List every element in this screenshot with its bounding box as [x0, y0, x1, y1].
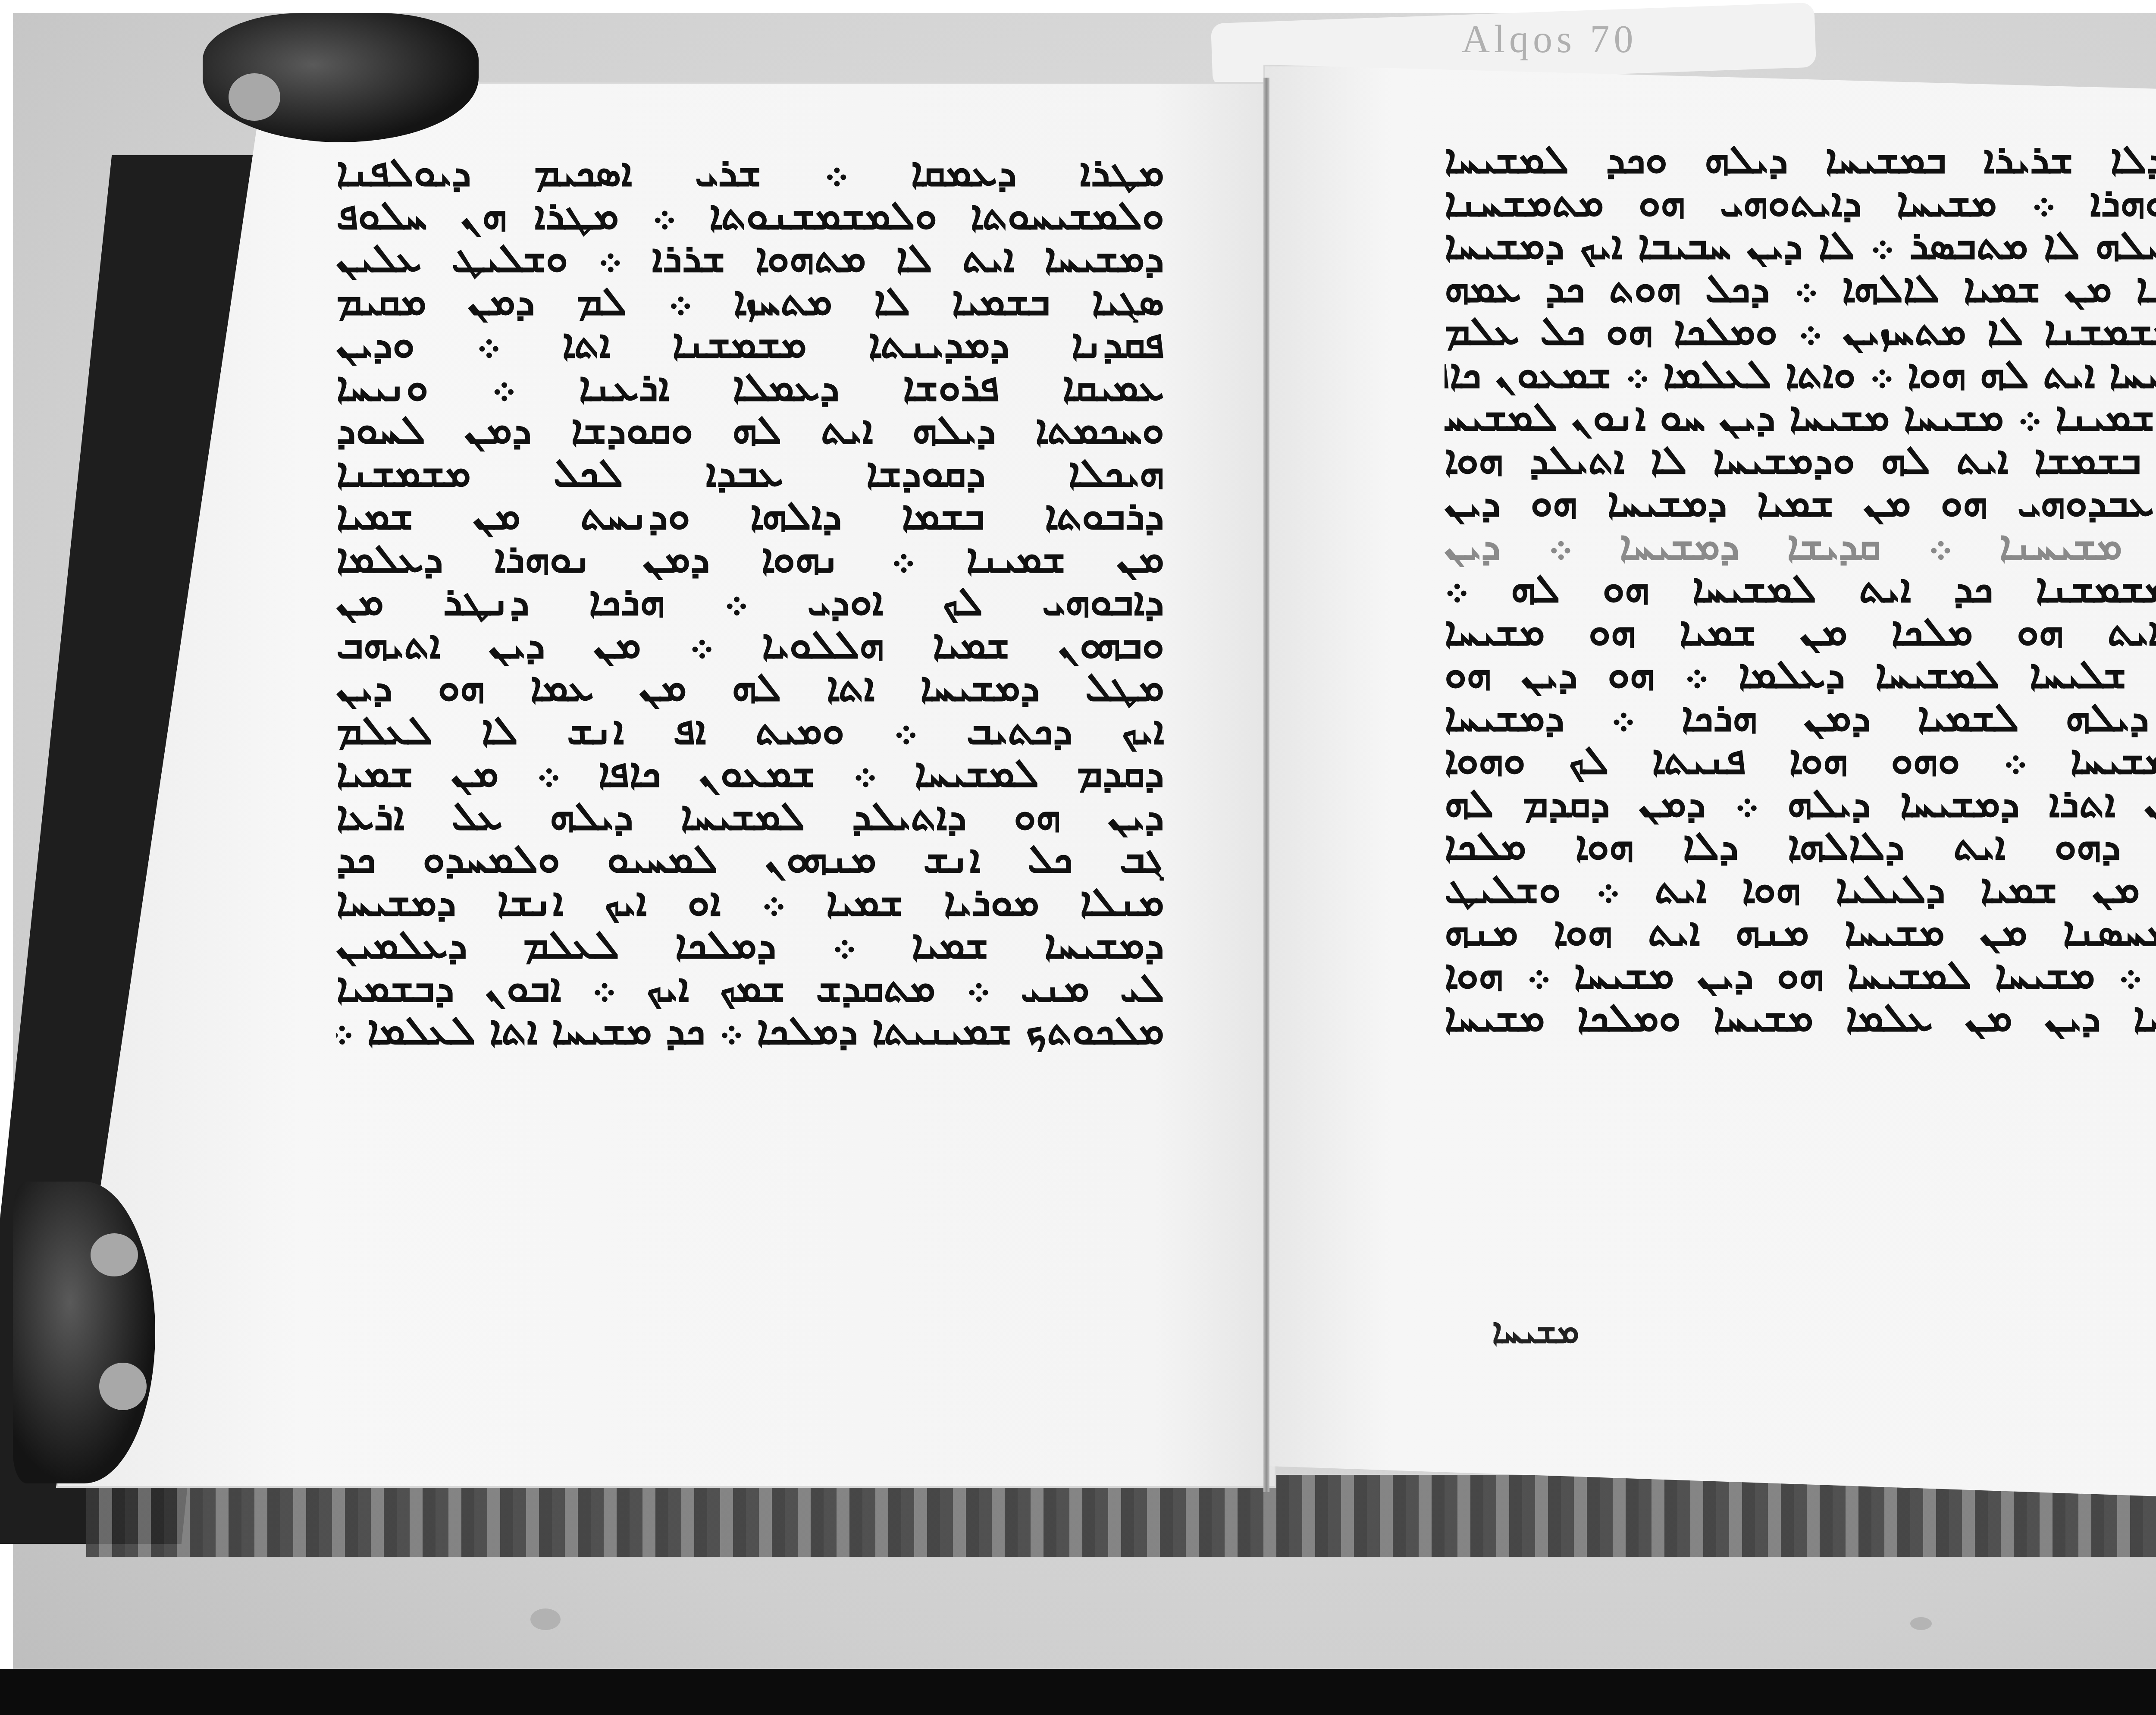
manuscript-line: ܘܢܚܝܡ ܥܒܕܘܗܝ ܗܘ ܡܢ ܫܡܝܐ ܕܡܫܝܚܐ ܗܘ ܕܝܢ	[1445, 481, 2156, 524]
catchword: ܡܫܝܚܐ	[1492, 1311, 1579, 1351]
manuscript-line: ܡܢ ܫܡܝܐ ܕܝܢ ܡܢ ܥܠܡܐ ܡܫܝܚܐ ܘܡܠܟܐ ܡܫܝܚܐ	[1445, 996, 2156, 1039]
manuscript-line: ܗܢܐ ܕܡܫܝܚܐ ܀ ܘܗܘ ܗܘܐ ܦܢܝܬܐ ܠܟ ܘܗܘܐ	[1445, 739, 2156, 782]
manuscript-line: ܡܛܪܐ ܕܥܡܩܐ ܀ ܫܪܝ ܐܣܟܝܡ ܕܝܘܠܦܢܐ	[336, 151, 1164, 194]
manuscript-line: ܕܡܫܠܡܢܐ ܡܢ ܫܡܝܐ ܠܐܠܗܐ ܀ ܕܟܠ ܗܘܬ ܟܕ ܥܡܗ	[1445, 267, 2156, 310]
manuscript-line: ܕܡܫܝܚܐ ܕܗܘ ܐܝܬ ܕܠܐܠܗܐ ܕܠܐ ܗܘܐ ܡܠܟܐ	[1445, 825, 2156, 868]
manuscript-line: ܘܡܫܝܚܐ ܒܫܡܫܐ ܐܝܬ ܠܗ ܘܕܡܫܝܚܐ ܠܐ ܐܬܝܠܕ ܗܘܐ	[1445, 439, 2156, 482]
manuscript-line: ܒܢܘܗܪܐ ܫܡܝܢܐ ܀ ܡܫܝܚܐ ܡܫܝܚܐ ܕܝܢ ܚܘ ܐܢܘܢ ܠ…	[1445, 395, 2156, 439]
top-white-margin	[0, 0, 2156, 13]
book-gutter	[1263, 78, 1269, 1492]
manuscript-line: ܕܐܬܗܘܐ ܡܢ ܫܡܝܐ ܕܠܝܠܝܐ ܗܘܐ ܐܝܬ ܀ ܘܫܠܝܛ	[1445, 868, 2156, 911]
manuscript-line: ܘܒܗܘܢ ܫܡܝܐ ܗܠܠܘܝܐ ܀ ܡܢ ܕܝܢ ܐܬܝܗܒ	[336, 623, 1164, 666]
manuscript-line: ܘܚܟܡܬܐ ܕܝܠܗ ܐܝܬ ܠܗ ܘܩܘܕܫܐ ܕܡܢ ܠܚܘܕ	[336, 408, 1164, 451]
manuscript-line: ܕܩܕܡ ܠܡܫܝܚܐ ܀ ܫܡܥܘܢ ܟܐܦܐ ܀ ܡܢ ܫܡܝܐ	[336, 752, 1164, 795]
manuscript-line: ܕܪܒܘܬܐ ܒܫܡܐ ܕܐܠܗܐ ܘܕܢܚܬ ܡܢ ܫܡܝܐ	[336, 494, 1164, 537]
manuscript-line: ܥܡܝܩܐ ܦܪܘܫܐ ܕܥܡܠܐ ܐܪܥܢܐ ܀ ܘܢܝܚܐ	[336, 366, 1164, 409]
manuscript-line: ܠܝ ܡܢܝ ܀ ܡܬܩܕܫ ܫܡܟ ܐܝܟ ܀ ܐܒܘܢ ܕܒܫܡܝܐ	[336, 966, 1164, 1010]
manuscript-line: ܕܐܬܐ ܢܘܗܪܐ ܀ ܡܫܝܚܐ ܕܐܝܬܘܗܝ ܗܘ ܡܬܡܫܚܢܐ	[1445, 181, 2156, 224]
manuscript-line: ܕܡܫܝܚܐ ܐܝܬ ܠܐ ܡܬܗܘܐ ܫܪܪܐ ܀ ܘܫܠܝܛ ܥܠܝܢ	[336, 237, 1164, 280]
manuscript-line: ܕܒܢܝܐ ܡܫܡܫܢܐ ܠܐ ܡܬܚܙܝܢ ܀ ܘܡܠܟܐ ܗܘ ܟܠ ܥܠܡ	[1445, 310, 2156, 353]
manuscript-line: ܣܓܝܐ ܒܫܡܝܐ ܠܐ ܡܬܚܙܐ ܀ ܠܡ ܕܡܢ ܡܩܝܡ	[336, 280, 1164, 323]
manuscript-line: ܡܢܠܐ ܡܘܪܝܐ ܫܡܝܐ ܀ ܐܘ ܐܝܟ ܐܢܫܐ ܕܡܫܝܚܐ	[336, 881, 1164, 924]
left-page-text: ܡܛܪܐ ܕܥܡܩܐ ܀ ܫܪܝ ܐܣܟܝܡ ܕܝܘܠܦܢܐܘܠܡܫܝܚܘܬܐ …	[336, 151, 1164, 1052]
manuscript-line: ܗܘ ܕܡܫܝܚܐ ܐܝܬ ܠܗ ܗܘܐ ܀ ܘܐܬܐ ܠܥܠܡܐ ܀ ܫܡܥܘ…	[1445, 353, 2156, 396]
manuscript-line: ܕܐܒܘܗܝ ܠܟ ܐܘܕܝ ܀ ܗܪܟܐ ܕܢܛܪ ܡܢ	[336, 580, 1164, 623]
hand-top-left	[203, 13, 479, 142]
right-page-text: ܕܗܢܘ ܕܠܐ ܫܪܝܪܐ ܒܡܫܝܚܐ ܕܝܠܗ ܘܟܕ ܠܡܫܝܚܐܕܐܬ…	[1445, 138, 2156, 1039]
manuscript-line: ܓܒ ܟܠ ܐܢܫ ܡܢܗܘܢ ܠܡܚܝܘ ܘܠܡܚܕܘ ܟܕ	[336, 837, 1164, 881]
fingernail	[91, 1233, 138, 1276]
manuscript-line: ܘܠܡܫܝܚܘܬܐ ܘܠܡܫܡܫܢܘܬܐ ܀ ܡܛܪܐ ܗܢ ܚܠܘܦ	[336, 194, 1164, 237]
manuscript-line: ܐܢܫܐ ܕܐܝܬ ܗܘ ܡܠܟܐ ܡܢ ܫܡܝܐ ܗܘ ܡܫܝܚܐ	[1445, 610, 2156, 653]
bottom-black-strip	[0, 1669, 2156, 1715]
manuscript-line: ܕܡܫܝܚܐ ܡܫܝܚܢܐ ܀ ܩܕܝܫܐ ܕܡܫܝܚܐ ܀ ܕܝܢ	[1445, 524, 2156, 567]
stone-texture	[1910, 1617, 1932, 1630]
thumbnail	[229, 73, 280, 121]
manuscript-line: ܡܛܠ ܕܡܫܝܚܐ ܐܬܐ ܠܗ ܡܢ ܥܡܐ ܗܘ ܕܝܢ	[336, 666, 1164, 709]
manuscript-line: ܦܩܕܢܐ ܕܡܕܝܢܬܐ ܡܫܡܫܢܐ ܐܬܐ ܀ ܘܕܝܢ	[336, 323, 1164, 366]
manuscript-line: ܡܢ ܫܡܝܢܐ ܀ ܢܗܘܐ ܕܡܢ ܢܘܗܪܐ ܕܥܠܡܐ	[336, 537, 1164, 580]
manuscript-line: ܫܡܝܐ ܡܫܡܫܢܐ ܟܕ ܐܝܬ ܠܡܫܝܚܐ ܗܘ ܠܗ ܀	[1445, 567, 2156, 610]
manuscript-line: ܕܗܢܘ ܕܠܐ ܫܪܝܪܐ ܒܡܫܝܚܐ ܕܝܠܗ ܘܟܕ ܠܡܫܝܚܐ	[1445, 138, 2156, 181]
hand-bottom-left	[13, 1182, 155, 1483]
manuscript-line: ܗܘ ܕܝܢ ܫܠܝܚܐ ܠܡܫܝܚܐ ܕܥܠܡܐ ܀ ܗܘ ܕܝܢ ܗܘ	[1445, 653, 2156, 696]
manuscript-line: ܦܢܝܬܐ ܕܝܠܗ ܠܫܡܝܐ ܕܡܢ ܗܪܟܐ ܀ ܕܡܫܝܚܐ	[1445, 696, 2156, 739]
manuscript-line: ܡܠܟܘܬܟ ܫܡܝܢܝܬܐ ܕܡܠܟܐ ܀ ܟܕ ܡܫܝܚܐ ܐܬܐ ܠܥܠܡ…	[336, 1009, 1164, 1052]
manuscript-line: ܦܪܘܩܐ ܕܝܠܗ ܠܐ ܡܬܒܣܪ ܀ ܠܐ ܕܝܢ ܚܒܝܒܐ ܐܝܟ ܕ…	[1445, 224, 2156, 267]
shelfmark-label: Alqos 70	[1462, 17, 1638, 62]
fingernail	[99, 1363, 147, 1410]
manuscript-line: ܡܠܟܐ ܡܚܣܢܐ ܡܢ ܡܫܝܚܐ ܡܢܗ ܐܝܬ ܗܘܐ ܡܢܗ	[1445, 910, 2156, 953]
manuscript-line: ܠܡܫܝܚܐ ܀ ܡܫܝܚܐ ܠܡܫܝܚܐ ܗܘ ܕܝܢ ܡܫܝܚܐ ܀ ܗܘܐ	[1445, 953, 2156, 997]
manuscript-line: ܕܡܫܝܚܐ ܫܡܝܐ ܀ ܕܡܠܟܐ ܠܥܠܡ ܕܥܠܡܝܢ	[336, 923, 1164, 966]
stone-texture	[530, 1608, 561, 1630]
manuscript-line: ܐܝܟ ܕܟܬܝܒ ܀ ܘܡܝܬ ܐܦ ܐܢܫ ܠܐ ܠܥܠܡ	[336, 709, 1164, 752]
manuscript-line: ܗܝܟܠܐ ܕܩܘܕܫܐ ܥܒܕܐ ܠܟܠ ܡܫܡܫܢܐ	[336, 451, 1164, 495]
manuscript-line: ܘܗܘ ܡܢ ܐܬܪܐ ܕܡܫܝܚܐ ܕܝܠܗ ܀ ܕܡܢ ܕܩܕܡ ܠܗ	[1445, 782, 2156, 825]
manuscript-line: ܕܝܢ ܗܘ ܕܐܬܝܠܕ ܠܡܫܝܚܐ ܕܝܠܗ ܥܠ ܐܪܥܐ	[336, 795, 1164, 838]
